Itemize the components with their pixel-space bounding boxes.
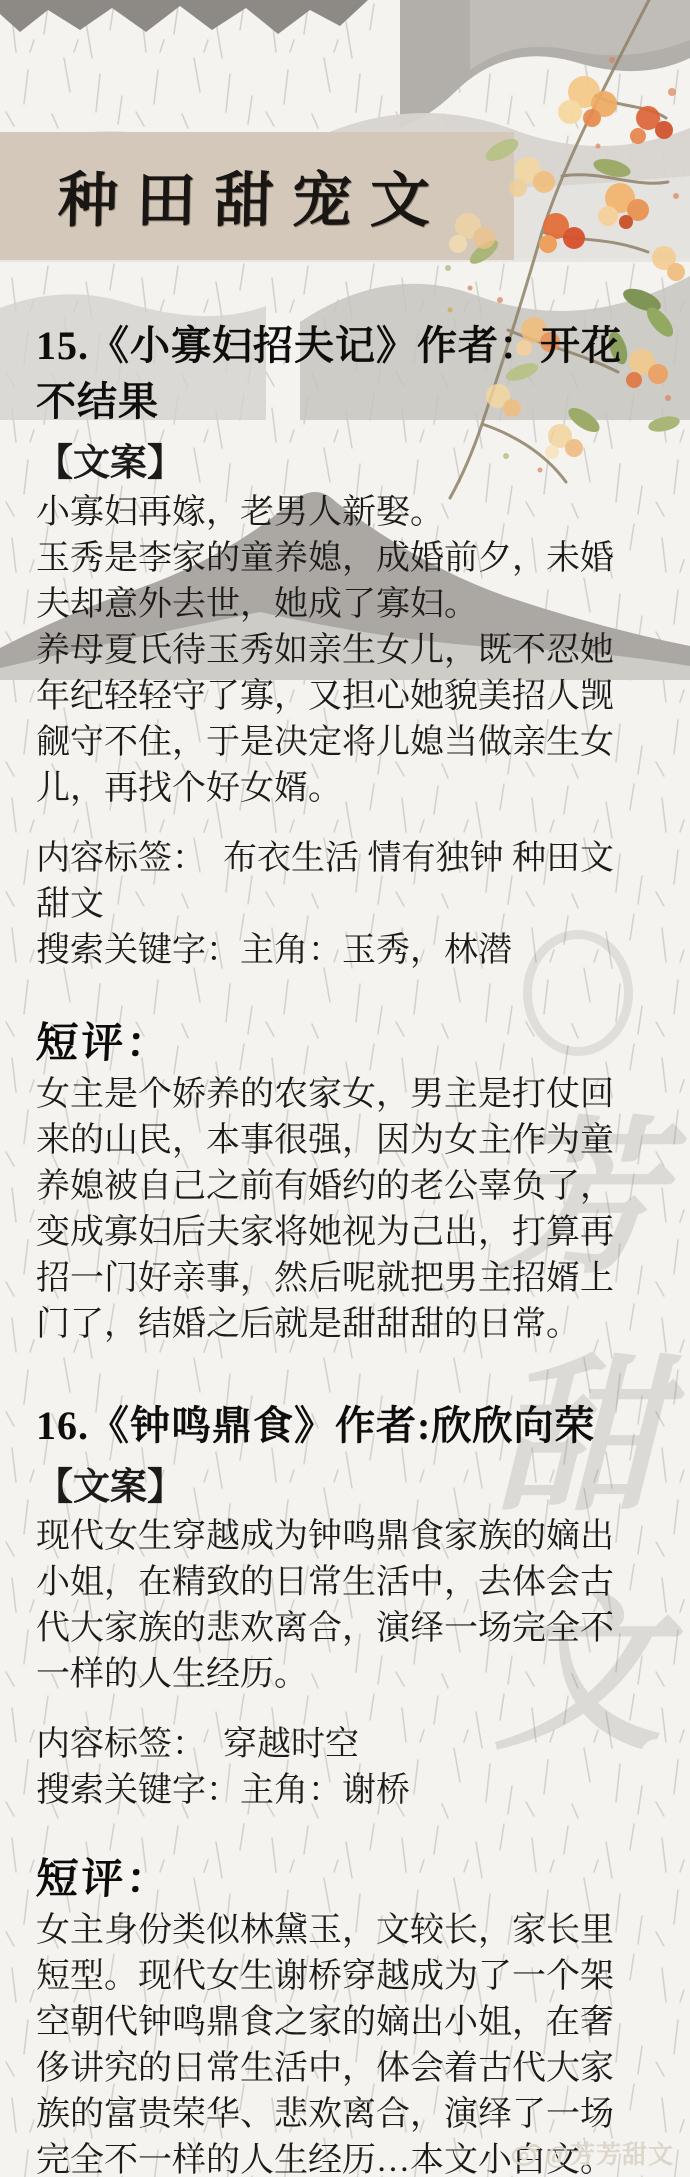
- entry-heading: 16.《钟鸣鼎食》作者:欣欣向荣: [36, 1398, 636, 1454]
- keywords-line: 搜索关键字：主角：玉秀，林潜: [36, 928, 636, 974]
- weibo-handle-watermark: @芳芳甜文: [511, 2135, 674, 2171]
- review-label: 短评：: [35, 1852, 638, 1908]
- synopsis-paragraph: 现代女生穿越成为钟鸣鼎食家族的嫡出小姐，在精致的日常生活中，去体会古代大家族的悲…: [36, 1514, 636, 1698]
- synopsis-label: 【文案】: [36, 1462, 636, 1514]
- entry-heading: 15.《小寡妇招夫记》作者：开花不结果: [36, 318, 636, 430]
- tags-line: 内容标签： 布衣生活 情有独钟 种田文 甜文: [36, 836, 636, 928]
- book-entry-16: 16.《钟鸣鼎食》作者:欣欣向荣 【文案】 现代女生穿越成为钟鸣鼎食家族的嫡出小…: [36, 1398, 636, 2177]
- synopsis-label: 【文案】: [36, 438, 636, 490]
- novel-recommendation-card: 种田甜宠文: [0, 0, 690, 2177]
- review-paragraph: 女主是个娇养的农家女，男主是打仗回来的山民，本事很强，因为女主作为童养媳被自己之…: [36, 1072, 636, 1348]
- keywords-line: 搜索关键字：主角：谢桥: [36, 1768, 636, 1814]
- synopsis-paragraph: 养母夏氏待玉秀如亲生女儿，既不忍她年纪轻轻守了寡，又担心她貌美招人觊觎守不住，于…: [36, 628, 636, 812]
- synopsis-paragraph: 玉秀是李家的童养媳，成婚前夕，未婚夫却意外去世，她成了寡妇。: [36, 536, 636, 628]
- book-entry-15: 15.《小寡妇招夫记》作者：开花不结果 【文案】 小寡妇再嫁，老男人新娶。 玉秀…: [36, 318, 636, 1348]
- weibo-icon: [511, 2140, 541, 2166]
- review-label: 短评：: [35, 1016, 638, 1072]
- watermark-handle-text: @芳芳甜文: [546, 2135, 674, 2171]
- synopsis-paragraph: 小寡妇再嫁，老男人新娶。: [36, 490, 636, 536]
- tags-line: 内容标签： 穿越时空: [36, 1722, 636, 1768]
